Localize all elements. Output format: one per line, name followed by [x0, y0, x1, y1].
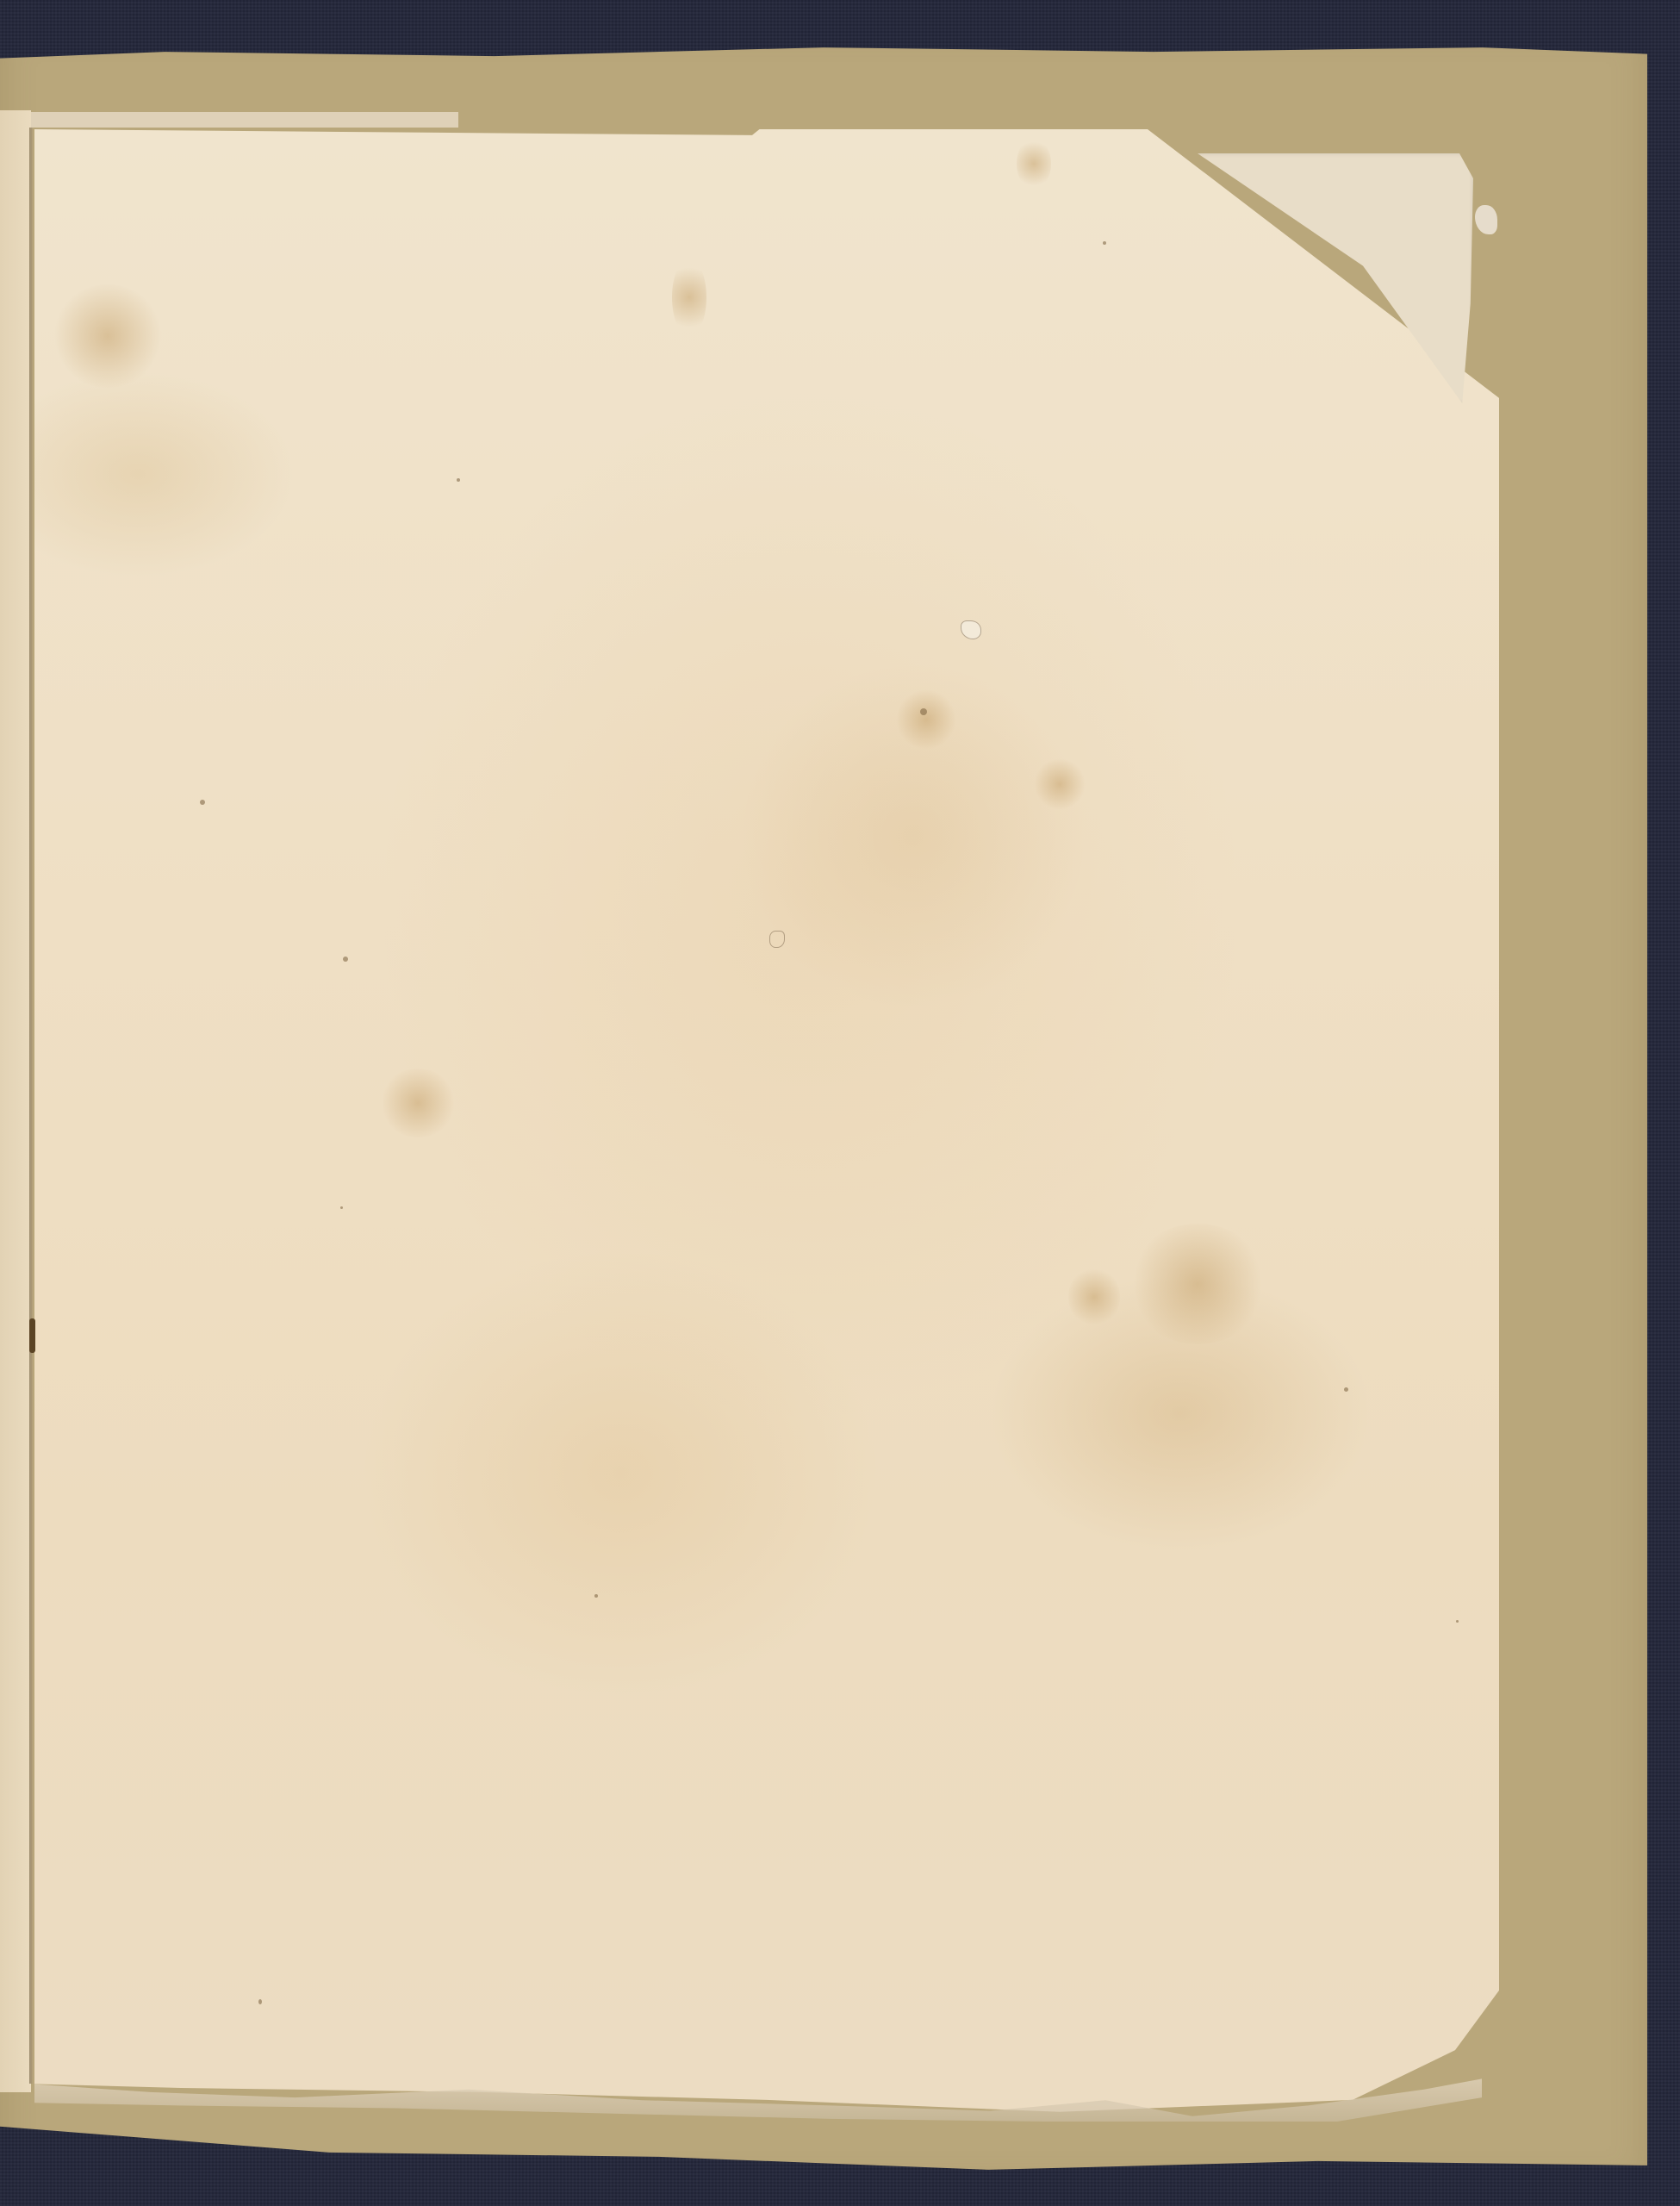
paper-speck — [258, 1999, 262, 2004]
foxing-spot — [1034, 758, 1086, 810]
foxing-spot — [896, 689, 956, 750]
paper-speck — [1344, 1387, 1348, 1392]
gutter-stain — [29, 1318, 35, 1353]
paper-speck — [343, 957, 348, 962]
foxing-spot — [1068, 1267, 1120, 1327]
paper-speck — [1103, 241, 1106, 245]
foxing-spot — [379, 1069, 457, 1137]
foxing-spot — [1017, 138, 1051, 190]
blank-paper-sheet — [34, 129, 1499, 2120]
foxing-spot — [672, 259, 706, 336]
paper-speck — [457, 478, 460, 482]
paper-speck — [340, 1206, 343, 1209]
facing-page-top-edge — [10, 112, 458, 128]
paper-speck — [920, 708, 927, 715]
paper-flaw-mark-small — [769, 931, 785, 948]
foxing-spot — [1129, 1224, 1266, 1344]
facing-page-edge — [0, 110, 31, 2092]
paper-speck — [1456, 1620, 1459, 1623]
paper-speck — [594, 1594, 598, 1598]
binding-gutter — [29, 128, 33, 2084]
paper-speck — [200, 800, 205, 805]
foxing-spot — [52, 284, 164, 388]
